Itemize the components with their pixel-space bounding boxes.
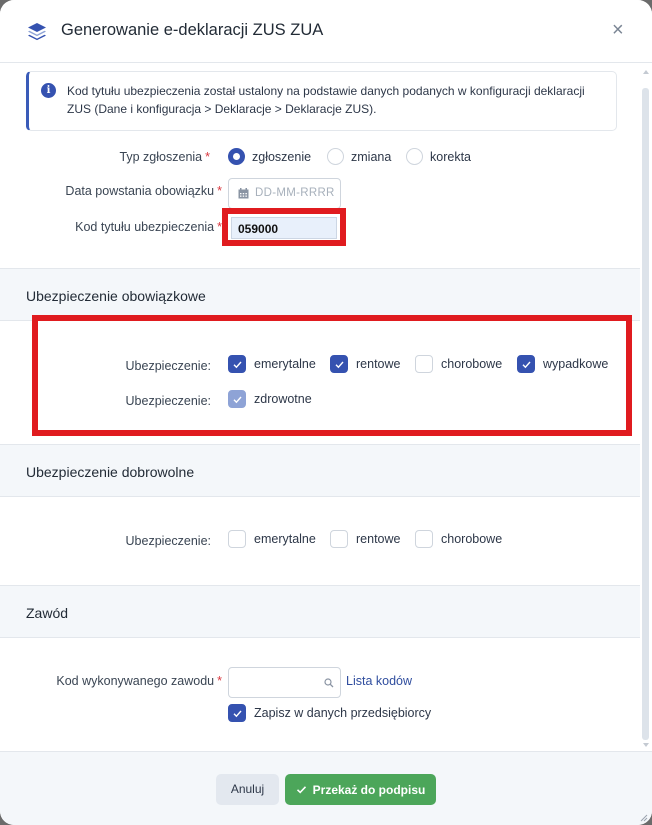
checkbox-box[interactable] — [415, 355, 433, 373]
info-alert: i Kod tytułu ubezpieczenia został ustalo… — [26, 71, 617, 131]
checkbox-wypadkowe[interactable]: wypadkowe — [517, 355, 608, 373]
checkbox-box-disabled — [228, 390, 246, 408]
check-icon — [232, 708, 243, 719]
radio-circle-selected[interactable] — [228, 148, 245, 165]
info-icon: i — [41, 83, 56, 98]
radio-circle[interactable] — [406, 148, 423, 165]
kod-zawodu-search-input[interactable] — [228, 667, 341, 698]
date-input[interactable]: DD-MM-RRRR — [228, 178, 341, 209]
layers-icon — [26, 21, 48, 43]
section-dobrowolne-header: Ubezpieczenie dobrowolne — [0, 444, 640, 497]
checkbox-box[interactable] — [228, 530, 246, 548]
date-placeholder: DD-MM-RRRR — [255, 187, 335, 199]
check-icon — [232, 359, 243, 370]
lista-kodow-link[interactable]: Lista kodów — [346, 674, 412, 688]
checkbox-box[interactable] — [228, 704, 246, 722]
scroll-thumb[interactable] — [642, 88, 649, 740]
kod-zawodu-label: Kod wykonywanego zawodu* — [56, 674, 222, 688]
checkbox-rentowe[interactable]: rentowe — [330, 355, 400, 373]
modal-dialog: Generowanie e-deklaracji ZUS ZUA × i Kod… — [0, 0, 652, 825]
modal-footer: Anuluj Przekaż do podpisu — [0, 751, 652, 825]
checkbox-dobrowolne-emerytalne[interactable]: emerytalne — [228, 530, 316, 548]
checkbox-box[interactable] — [330, 355, 348, 373]
check-icon — [232, 394, 243, 405]
modal-title: Generowanie e-deklaracji ZUS ZUA — [61, 21, 323, 40]
dobrowolne-row: Ubezpieczenie: emerytalne rentowe chorob… — [0, 530, 640, 554]
checkbox-chorobowe[interactable]: chorobowe — [415, 355, 502, 373]
modal-body: i Kod tytułu ubezpieczenia został ustalo… — [0, 64, 652, 751]
radio-zgloszenie[interactable]: zgłoszenie — [228, 148, 311, 165]
checkbox-dobrowolne-chorobowe[interactable]: chorobowe — [415, 530, 502, 548]
calendar-icon — [238, 188, 249, 199]
cancel-button[interactable]: Anuluj — [216, 774, 279, 805]
checkbox-dobrowolne-rentowe[interactable]: rentowe — [330, 530, 400, 548]
checkbox-box[interactable] — [415, 530, 433, 548]
checkbox-box[interactable] — [517, 355, 535, 373]
radio-zmiana[interactable]: zmiana — [327, 148, 391, 165]
scrollbar[interactable] — [640, 64, 652, 751]
section-obowiazkowe-header: Ubezpieczenie obowiązkowe — [0, 268, 640, 321]
obowiazkowe-row-1: Ubezpieczenie: emerytalne rentowe chorob… — [0, 355, 640, 379]
data-powstania-label: Data powstania obowiązku* — [65, 184, 222, 198]
check-icon — [334, 359, 345, 370]
info-text: Kod tytułu ubezpieczenia został ustalony… — [67, 82, 607, 118]
radio-korekta[interactable]: korekta — [406, 148, 471, 165]
scroll-up-arrow-icon[interactable] — [643, 70, 649, 74]
obowiazkowe-row-2: Ubezpieczenie: zdrowotne — [0, 390, 640, 414]
typ-zgloszenia-row: Typ zgłoszenia* zgłoszenie zmiana korekt… — [0, 148, 640, 178]
checkbox-box[interactable] — [330, 530, 348, 548]
close-icon[interactable]: × — [612, 18, 624, 42]
scroll-down-arrow-icon[interactable] — [643, 743, 649, 747]
check-icon — [296, 784, 307, 795]
section-zawod-header: Zawód — [0, 585, 640, 638]
checkbox-zapisz-w-danych[interactable]: Zapisz w danych przedsiębiorcy — [228, 704, 431, 722]
modal-header: Generowanie e-deklaracji ZUS ZUA × — [0, 0, 652, 63]
kod-tytulu-label: Kod tytułu ubezpieczenia* — [75, 220, 222, 234]
search-icon — [324, 678, 334, 688]
radio-circle[interactable] — [327, 148, 344, 165]
checkbox-emerytalne[interactable]: emerytalne — [228, 355, 316, 373]
checkbox-box[interactable] — [228, 355, 246, 373]
checkbox-zdrowotne: zdrowotne — [228, 390, 312, 408]
resize-handle-icon[interactable] — [638, 812, 648, 822]
check-icon — [521, 359, 532, 370]
kod-tytulu-input[interactable]: 059000 — [231, 217, 337, 239]
submit-for-signature-button[interactable]: Przekaż do podpisu — [285, 774, 436, 805]
typ-zgloszenia-label: Typ zgłoszenia* — [119, 150, 210, 164]
